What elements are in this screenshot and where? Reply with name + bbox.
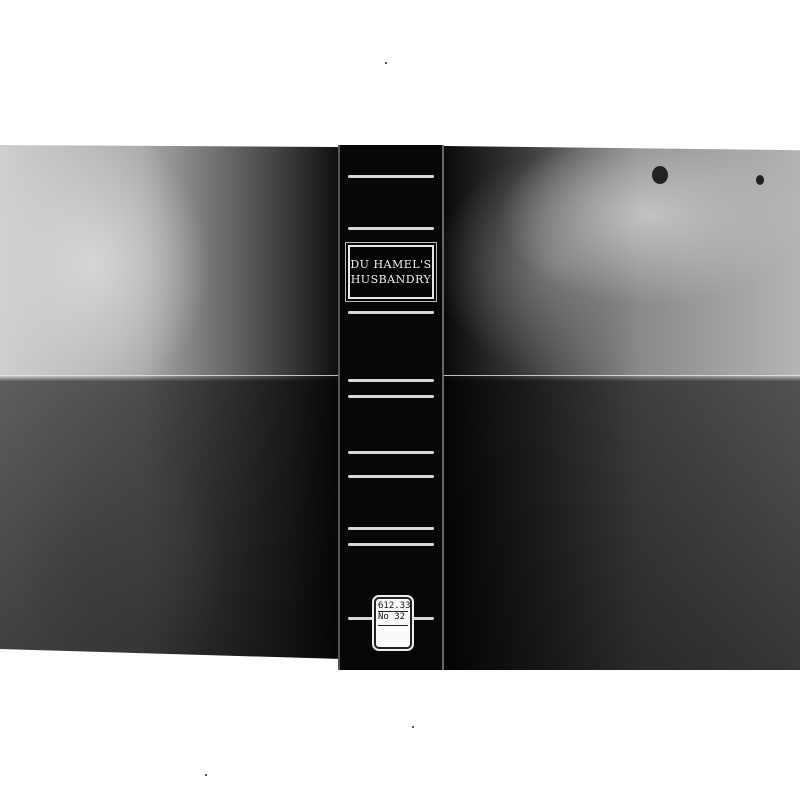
spine-band [348,227,434,230]
spine-band [348,175,434,178]
spine-band [348,451,434,454]
stain-spot [652,166,668,184]
spine-band [348,543,434,546]
speck [412,726,414,728]
speck [205,774,207,776]
spine-band [348,395,434,398]
spine-band [348,475,434,478]
spine-band [348,379,434,382]
call-number: 612.33 [378,601,408,612]
item-number: No 32 [378,612,408,626]
spine-band [348,311,434,314]
book-spine: DU HAMEL'S HUSBANDRY 612.33 No 32 [338,145,444,670]
title-line-2: HUSBANDRY [351,272,432,287]
stain-spot [756,175,764,185]
speck [385,62,387,64]
spine-title-label: DU HAMEL'S HUSBANDRY [348,245,434,299]
spine-band [348,527,434,530]
title-line-1: DU HAMEL'S [350,257,431,272]
library-call-number-tag: 612.33 No 32 [374,597,412,649]
